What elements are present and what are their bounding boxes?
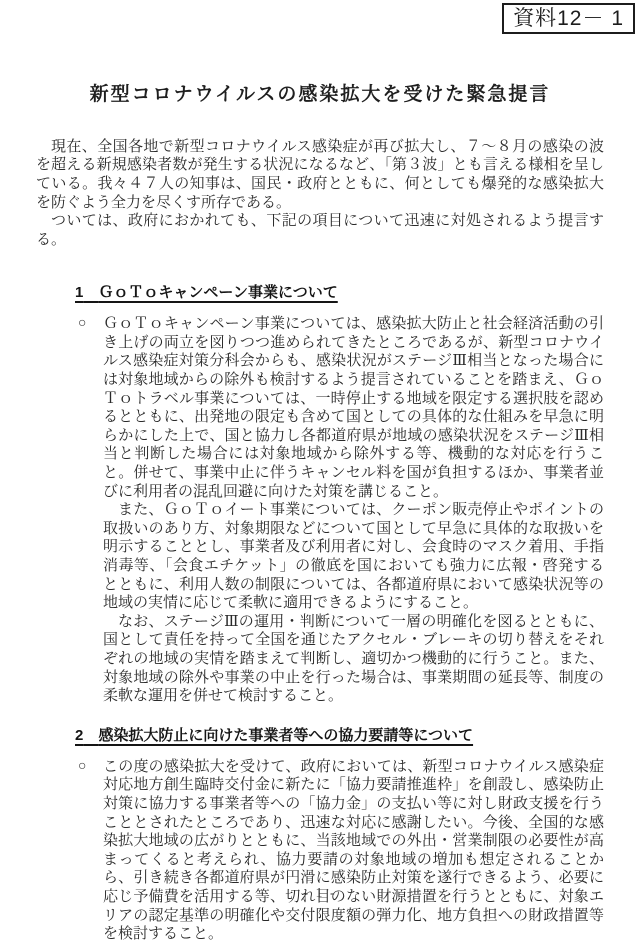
section-1-paragraph-1: ＧｏＴｏキャンペーン事業については、感染拡大防止と社会経済活動の引き上げの両立を…	[103, 315, 604, 501]
circle-bullet-icon: ○	[78, 315, 103, 705]
document-reference-label: 資料12－ 1	[502, 3, 635, 34]
document-page: 資料12－ 1 新型コロナウイルスの感染拡大を受けた緊急提言 現在、全国各地で新…	[0, 0, 640, 941]
section-1-paragraph-3: なお、ステージⅢの運用・判断について一層の明確化を図るとともに、国として責任を持…	[103, 613, 604, 706]
section-1-body: ＧｏＴｏキャンペーン事業については、感染拡大防止と社会経済活動の引き上げの両立を…	[103, 315, 604, 705]
section-1-paragraph-2: また、ＧｏＴｏイート事業については、クーポン販売停止やポイントの取扱いのあり方、…	[103, 501, 604, 613]
section-2-paragraph-1: この度の感染拡大を受けて、政府においては、新型コロナウイルス感染症対応地方創生臨…	[103, 758, 604, 941]
section-2-heading-text: 2 感染拡大防止に向けた事業者等への協力要請等について	[75, 727, 473, 744]
section-1-heading: 1 ＧｏＴｏキャンペーン事業について	[75, 283, 604, 302]
circle-bullet-icon: ○	[78, 758, 103, 941]
section-2-bullet: ○ この度の感染拡大を受けて、政府においては、新型コロナウイルス感染症対応地方創…	[78, 758, 604, 941]
section-2-heading: 2 感染拡大防止に向けた事業者等への協力要請等について	[75, 726, 604, 745]
intro-paragraph-2: ついては、政府におかれても、下記の項目について迅速に対処されるよう提言する。	[36, 212, 604, 249]
page-number: - 1 -	[0, 886, 640, 902]
intro-section: 現在、全国各地で新型コロナウイルス感染症が再び拡大し、７～８月の感染の波を超える…	[36, 138, 604, 250]
section-2-body: この度の感染拡大を受けて、政府においては、新型コロナウイルス感染症対応地方創生臨…	[103, 758, 604, 941]
section-1-bullet: ○ ＧｏＴｏキャンペーン事業については、感染拡大防止と社会経済活動の引き上げの両…	[78, 315, 604, 705]
heading-separator-2	[83, 727, 98, 744]
section-1-heading-text: 1 ＧｏＴｏキャンペーン事業について	[75, 284, 338, 301]
section-1-title: ＧｏＴｏキャンペーン事業について	[98, 284, 337, 301]
heading-separator-1	[83, 284, 98, 301]
intro-paragraph-1: 現在、全国各地で新型コロナウイルス感染症が再び拡大し、７～８月の感染の波を超える…	[36, 138, 604, 212]
section-2-title: 感染拡大防止に向けた事業者等への協力要請等について	[98, 727, 473, 744]
